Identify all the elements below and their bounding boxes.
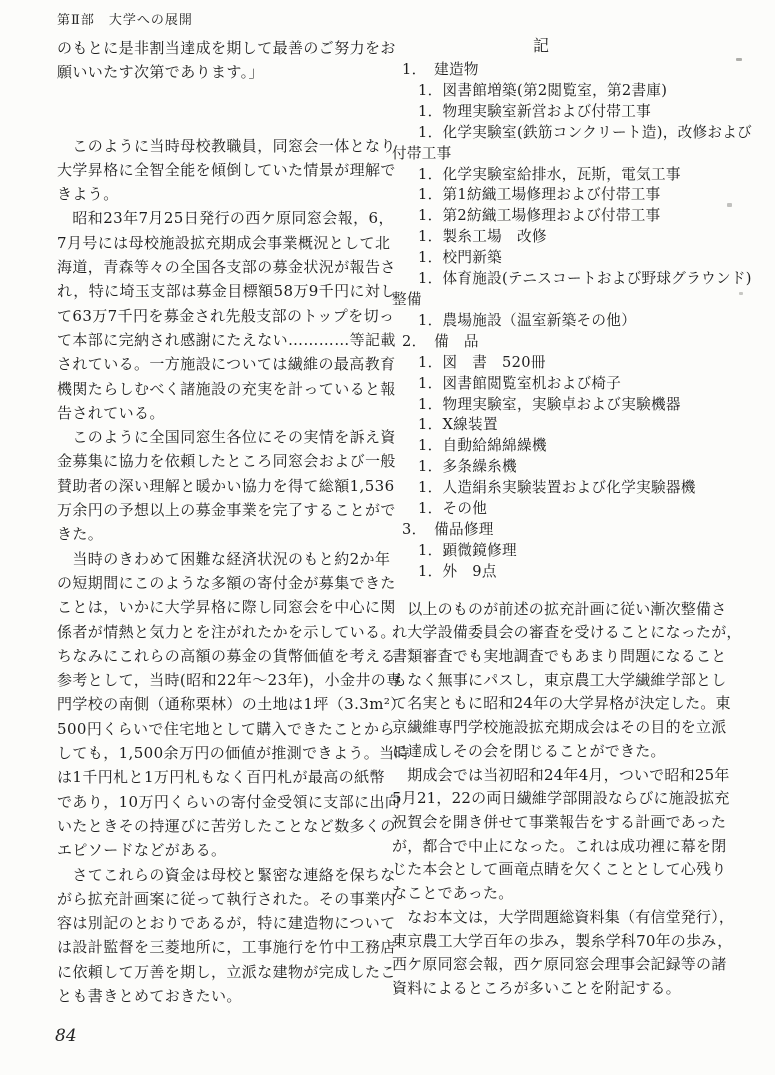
text-line: れ大学設備委員会の審査を受けることになったが， <box>392 621 770 645</box>
right-column: 記 1． 建造物1．図書館増築(第2閲覧室，第2書庫)1．物理実験室新営および付… <box>392 34 770 1001</box>
text-line: なことであった。 <box>392 882 770 906</box>
text-line: 500円くらいで住宅地として購入できたことから <box>57 717 397 741</box>
text-line: 祝賀会を開き併せて事業報告をする計画であった <box>392 811 770 835</box>
text-line: ことは，いかに大学昇格に際し同窓会を中心に関 <box>57 595 397 619</box>
list-item: 1．自動給綿綿繰機 <box>392 436 770 457</box>
scan-speck <box>727 203 732 207</box>
text-line: 機関たらしむべく諸施設の充実を計っていると報 <box>57 377 397 401</box>
text-line: このように当時母校教職員，同窓会一体となり <box>57 134 397 158</box>
text-line: 書類審査でも実地調査でもあまり問題になること <box>392 645 770 669</box>
text-line: しても，1,500余万円の価値が推測できよう。当時 <box>57 741 397 765</box>
text-line: 西ケ原同窓会報，西ケ原同窓会理事会記録等の諸 <box>392 953 770 977</box>
text-line: 当時のきわめて困難な経済状況のもと約2か年 <box>57 547 397 571</box>
paragraph: このように当時母校教職員，同窓会一体となり大学昇格に全智全能を傾倒していた情景が… <box>57 134 397 207</box>
text-line: が，都合で中止になった。これは成功裡に幕を閉 <box>392 835 770 859</box>
list-item: 1．その他 <box>392 499 770 520</box>
list-item: 1．農場施設（温室新築その他） <box>392 311 770 332</box>
list-item: 1． 建造物 <box>392 60 770 81</box>
text-line: なお本文は，大学問題総資料集（有信堂発行）， <box>392 906 770 930</box>
text-line: このように全国同窓生各位にその実情を訴え資 <box>57 425 397 449</box>
list-item: 1．X線装置 <box>392 415 770 436</box>
running-header: 第Ⅱ部 大学への展開 <box>57 9 193 28</box>
paragraph: 当時のきわめて困難な経済状況のもと約2か年の短期間にこのような多額の寄付金が募集… <box>57 547 397 863</box>
text-line: ちなみにこれらの高額の募金の貨幣価値を考える <box>57 644 397 668</box>
text-line: は設計監督を三菱地所に，工事施行を竹中工務店 <box>57 935 397 959</box>
list-item: 付帯工事 <box>392 144 770 165</box>
text-line: とも書きとめておきたい。 <box>57 984 397 1008</box>
paragraph: さてこれらの資金は母校と緊密な連絡を保ちながら拡充計画案に従って執行された。その… <box>57 863 397 1009</box>
text-line: 願いいたす次第であります。」 <box>57 60 397 84</box>
paragraph: このように全国同窓生各位にその実情を訴え資金募集に協力を依頼したところ同窓会およ… <box>57 425 397 546</box>
text-line: 7月号には母校施設拡充期成会事業概況として北 <box>57 231 397 255</box>
book-page: 第Ⅱ部 大学への展開 のもとに是非割当達成を期して最善のご努力をお願いいたす次第… <box>0 0 775 1075</box>
list-item: 1．第2紡織工場修理および付帯工事 <box>392 206 770 227</box>
text-line: きよう。 <box>57 182 397 206</box>
list-item: 1．物理実験室，実験卓および実験機器 <box>392 395 770 416</box>
scan-speck <box>583 172 591 175</box>
text-line: 以上のものが前述の拡充計画に従い漸次整備さ <box>392 598 770 622</box>
text-line: のもとに是非割当達成を期して最善のご努力をお <box>57 36 397 60</box>
text-line: 参考として，当時(昭和22年～23年)，小金井の専 <box>57 668 397 692</box>
list-item: 1．物理実験室新営および付帯工事 <box>392 102 770 123</box>
list-item: 1．人造絹糸実験装置および化学実験器機 <box>392 478 770 499</box>
list-item: 1．図 書 520冊 <box>392 353 770 374</box>
text-line: 賛助者の深い理解と暖かい協力を得て総額1,536 <box>57 474 397 498</box>
list-item: 1．図書館閲覧室机および椅子 <box>392 374 770 395</box>
text-line: きた。 <box>57 522 397 546</box>
text-line: れ，特に埼玉支部は募金目標額58万9千円に対し <box>57 279 397 303</box>
list-item: 1．体育施設(テニスコートおよび野球グラウンド) <box>392 269 770 290</box>
text-line: 大学昇格に全智全能を傾倒していた情景が理解で <box>57 158 397 182</box>
text-line: 資料によるところが多いことを附記する。 <box>392 977 770 1001</box>
list-item: 1．製糸工場 改修 <box>392 227 770 248</box>
text-line: がら拡充計画案に従って執行された。その事業内 <box>57 887 397 911</box>
list-item: 2． 備 品 <box>392 332 770 353</box>
text-line: 告されている。 <box>57 401 397 425</box>
list-item: 1．顕微鏡修理 <box>392 541 770 562</box>
text-line: て本部に完納され感謝にたえない…………等記載 <box>57 328 397 352</box>
scan-speck <box>739 292 743 295</box>
text-line: さてこれらの資金は母校と緊密な連絡を保ちな <box>57 863 397 887</box>
text-line: の短期間にこのような多額の寄付金が募集できた <box>57 571 397 595</box>
text-line: 期成会では当初昭和24年4月，ついで昭和25年 <box>392 764 770 788</box>
list-item: 1．化学実験室(鉄筋コンクリート造)，改修および <box>392 123 770 144</box>
list-item: 1．第1紡織工場修理および付帯工事 <box>392 185 770 206</box>
text-line: は1千円札と1万円札もなく百円札が最高の紙幣 <box>57 765 397 789</box>
list-item: 3． 備品修理 <box>392 520 770 541</box>
list-item: 1．外 9点 <box>392 562 770 583</box>
list-item: 1．多条繰糸機 <box>392 457 770 478</box>
text-line: 昭和23年7月25日発行の西ケ原同窓会報，6， <box>57 206 397 230</box>
paragraph: のもとに是非割当達成を期して最善のご努力をお願いいたす次第であります。」 <box>57 36 397 85</box>
text-line: もなく無事にパスし，東京農工大学繊維学部とし <box>392 669 770 693</box>
scan-speck <box>736 58 742 61</box>
text-line: いたときその持運びに苦労したことなど数多くの <box>57 814 397 838</box>
paragraph: 昭和23年7月25日発行の西ケ原同窓会報，6，7月号には母校施設拡充期成会事業概… <box>57 206 397 425</box>
text-line: 5月21，22の両日繊維学部開設ならびに施設拡充 <box>392 787 770 811</box>
text-line: 万余円の予想以上の募金事業を完了することがで <box>57 498 397 522</box>
list-item: 1．化学実験室給排水，瓦斯，電気工事 <box>392 165 770 186</box>
memo-heading: 記 <box>392 34 692 58</box>
left-column: のもとに是非割当達成を期して最善のご努力をお願いいたす次第であります。」 このよ… <box>57 36 397 1008</box>
text-line: であり，10万円くらいの寄付金受領に支部に出向 <box>57 790 397 814</box>
text-line: 係者が情熱と気力とを注がれたかを示している。 <box>57 620 397 644</box>
text-line: されている。一方施設については繊維の最高教育 <box>57 352 397 376</box>
text-line: に達成しその会を閉じることができた。 <box>392 740 770 764</box>
text-line: に依頼して万善を期し，立派な建物が完成したこ <box>57 960 397 984</box>
text-line: じた本会として画竜点睛を欠くこととして心残り <box>392 858 770 882</box>
list-item: 整備 <box>392 290 770 311</box>
page-number: 84 <box>55 1026 77 1046</box>
text-line: 海道，青森等々の全国各支部の募金状況が報告さ <box>57 255 397 279</box>
list-item: 1．校門新築 <box>392 248 770 269</box>
text-line: 東京農工大学百年の歩み，製糸学科70年の歩み， <box>392 930 770 954</box>
text-line: て名実ともに昭和24年の大学昇格が決定した。東 <box>392 692 770 716</box>
memo-list: 1． 建造物1．図書館増築(第2閲覧室，第2書庫)1．物理実験室新営および付帯工… <box>392 60 770 583</box>
text-line: 容は別記のとおりであるが，特に建造物について <box>57 911 397 935</box>
list-item: 1．図書館増築(第2閲覧室，第2書庫) <box>392 81 770 102</box>
text-line: 金募集に協力を依頼したところ同窓会および一般 <box>57 449 397 473</box>
text-line: て63万7千円を募金され先般支部のトップを切っ <box>57 304 397 328</box>
right-body: 以上のものが前述の拡充計画に従い漸次整備され大学設備委員会の審査を受けることにな… <box>392 598 770 1001</box>
text-line: 門学校の南側（通称栗林）の土地は1坪（3.3m²） <box>57 692 397 716</box>
text-line: 京繊維専門学校施設拡充期成会はその目的を立派 <box>392 716 770 740</box>
text-line: エピソードなどがある。 <box>57 838 397 862</box>
